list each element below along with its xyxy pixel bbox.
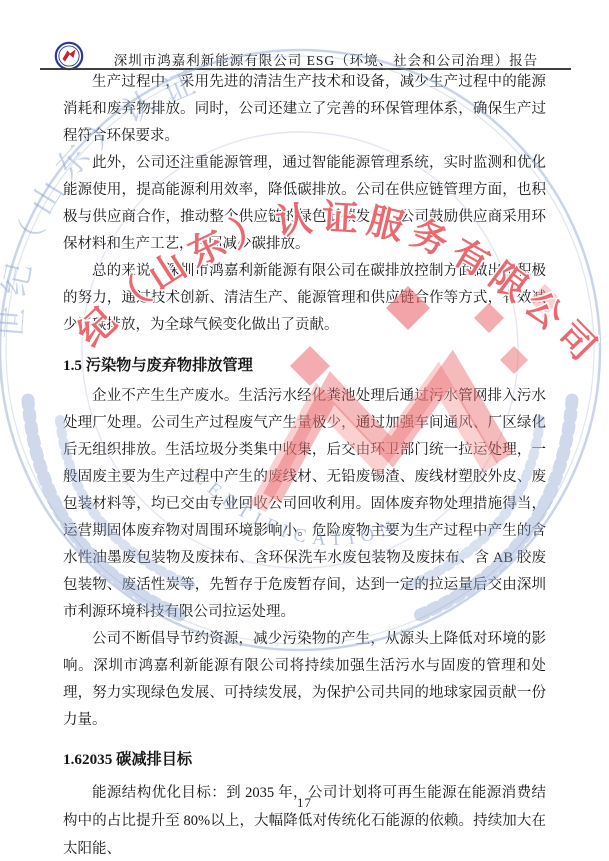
section-heading-1-5: 1.5 污染物与废弃物排放管理 [63, 352, 546, 379]
page-number: 17 [0, 795, 609, 811]
paragraph: 生产过程中，采用先进的清洁生产技术和设备，减少生产过程中的能源消耗和废弃物排放。… [63, 69, 546, 150]
paragraph: 此外，公司还注重能源管理，通过智能能源管理系统，实时监测和优化能源使用，提高能源… [63, 150, 546, 258]
paragraph: 能源结构优化目标：到 2035 年，公司计划将可再生能源在能源消费结构中的占比提… [63, 779, 546, 861]
certification-company-logo-icon [54, 41, 84, 71]
page-header-title: 深圳市鸿嘉利新能源有限公司 ESG（环境、社会和公司治理）报告 [92, 49, 560, 69]
document-body: 生产过程中，采用先进的清洁生产技术和设备，减少生产过程中的能源消耗和废弃物排放。… [63, 69, 546, 861]
paragraph: 企业不产生生产废水。生活污水经化粪池处理后通过污水管网排入污水处理厂处理。公司生… [63, 383, 546, 626]
document-page: 深圳市鸿嘉利新能源有限公司 ESG（环境、社会和公司治理）报告 生产过程中，采用… [0, 0, 609, 861]
section-heading-1-6: 1.62035 碳减排目标 [63, 746, 546, 773]
paragraph: 公司不断倡导节约资源，减少污染物的产生，从源头上降低对环境的影响。深圳市鸿嘉利新… [63, 626, 546, 734]
paragraph: 总的来说，深圳市鸿嘉利新能源有限公司在碳排放控制方面做出了积极的努力，通过技术创… [63, 258, 546, 339]
